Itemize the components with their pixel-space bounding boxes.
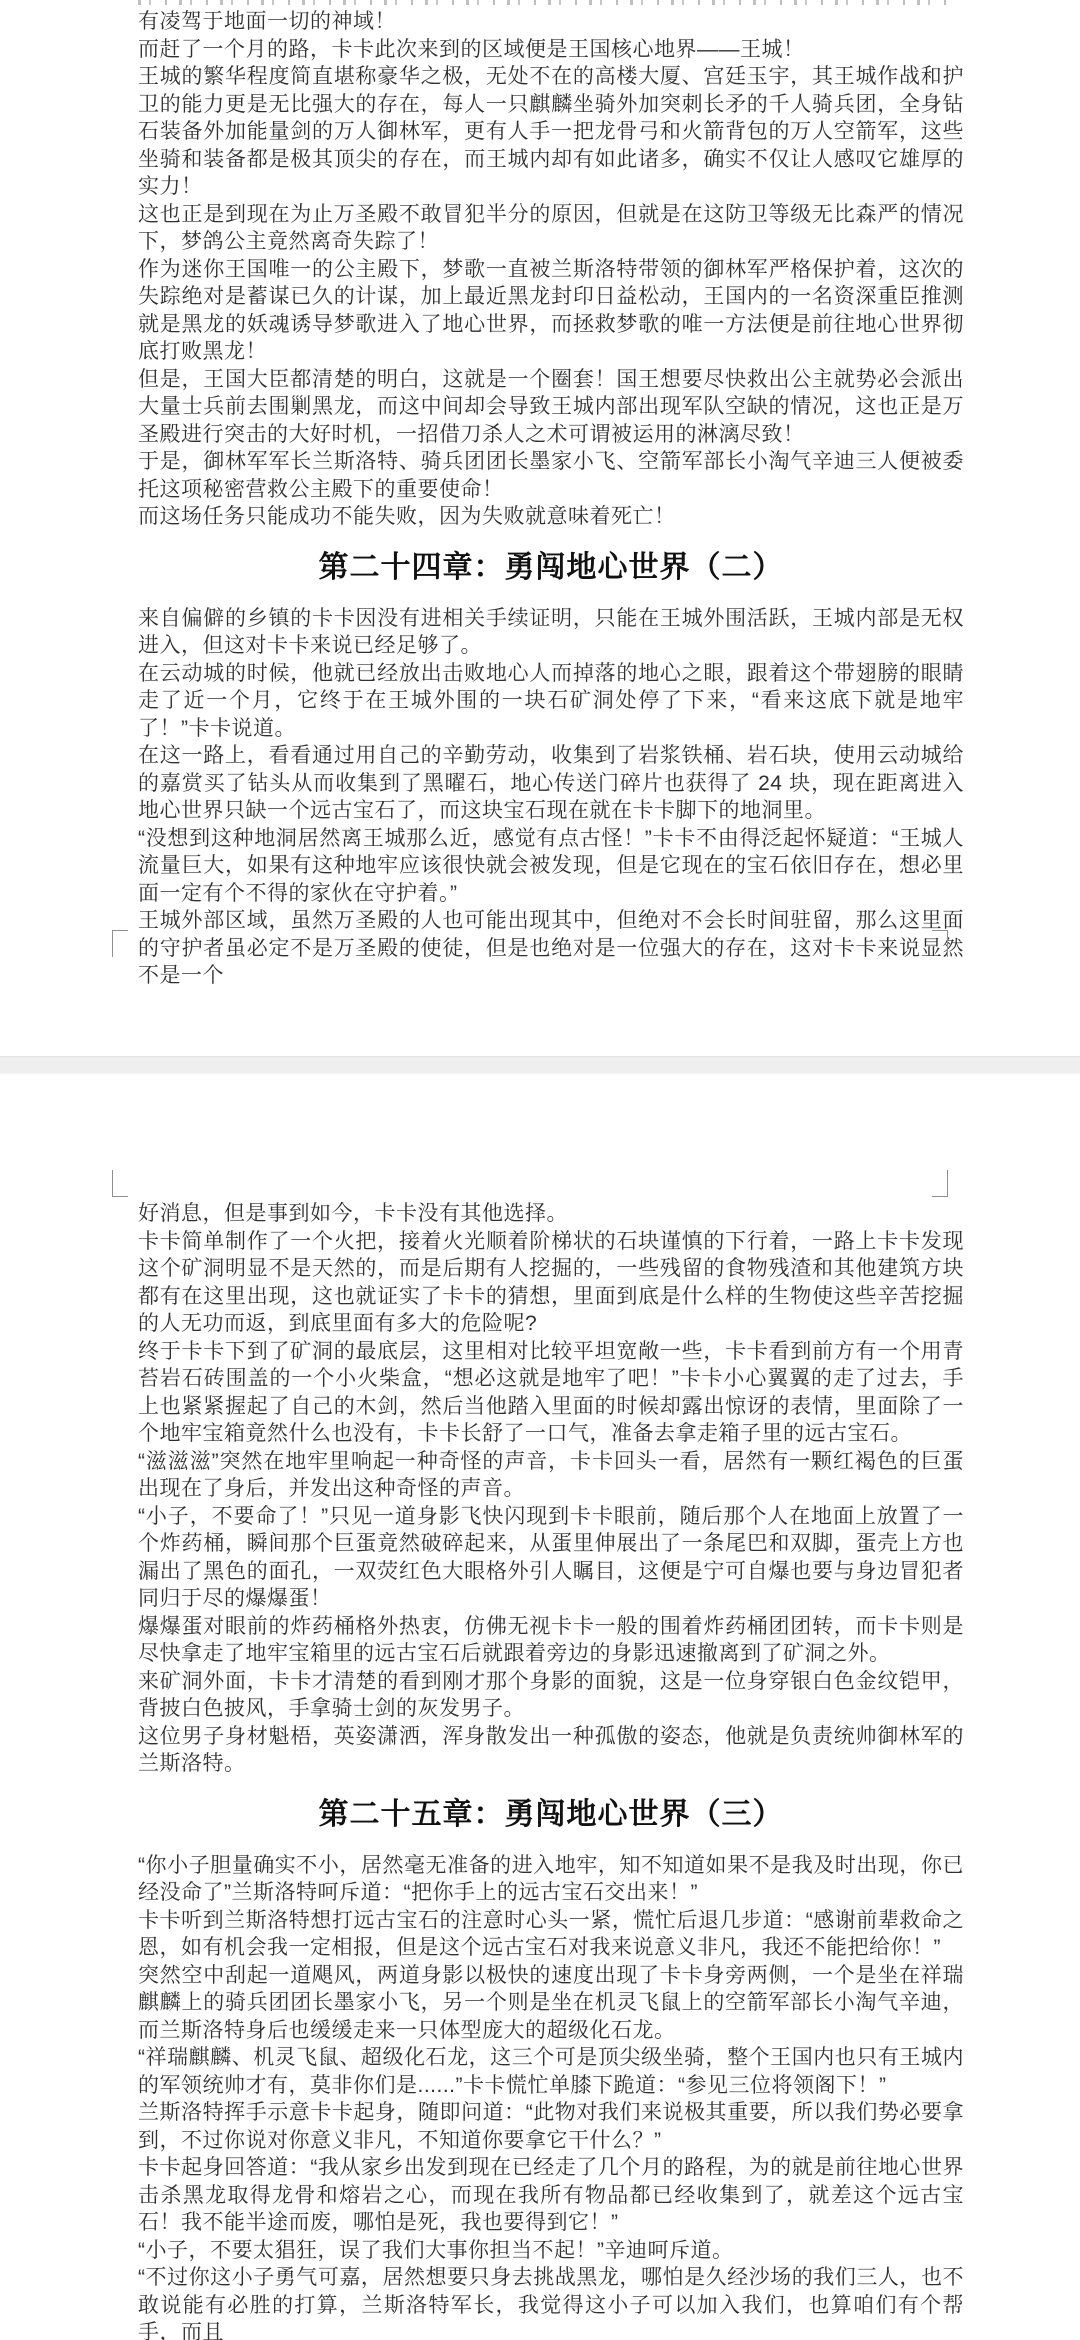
document-page-2[interactable]: 好消息，但是事到如今，卡卡没有其他选择。卡卡简单制作了一个火把，接着火光顺着阶梯… [0, 1074, 1080, 2340]
paragraph: 作为迷你王国唯一的公主殿下，梦歌一直被兰斯洛特带领的御林军严格保护着，这次的失踪… [138, 256, 964, 366]
page-margin-mark-bottom-right [932, 930, 948, 957]
paragraph: 但是，王国大臣都清楚的明白，这就是一个圈套！国王想要尽快救出公主就势必会派出大量… [138, 366, 964, 449]
paragraph: 来矿洞外面，卡卡才清楚的看到刚才那个身影的面貌，这是一位身穿银白色金纹铠甲，背披… [138, 1668, 964, 1723]
page-margin-mark-top-right [932, 1170, 948, 1197]
paragraph: 终于卡卡下到了矿洞的最底层，这里相对比较平坦宽敞一些，卡卡看到前方有一个用青苔岩… [138, 1338, 964, 1448]
paragraph: 有凌驾于地面一切的神域！ [138, 8, 964, 36]
paragraph: 卡卡简单制作了一个火把，接着火光顺着阶梯状的石块谨慎的下行着，一路上卡卡发现这个… [138, 1228, 964, 1338]
clipped-text-line [138, 0, 958, 5]
page-2-text: 好消息，但是事到如今，卡卡没有其他选择。卡卡简单制作了一个火把，接着火光顺着阶梯… [138, 1200, 964, 2340]
paragraph: 来自偏僻的乡镇的卡卡因没有进相关手续证明，只能在王城外围活跃，王城内部是无权进入… [138, 605, 964, 660]
paragraph: “滋滋滋”突然在地牢里响起一种奇怪的声音，卡卡回头一看，居然有一颗红褐色的巨蛋出… [138, 1448, 964, 1503]
paragraph: “没想到这种地洞居然离王城那么近，感觉有点古怪！”卡卡不由得泛起怀疑道：“王城人… [138, 825, 964, 908]
paragraph: “不过你这小子勇气可嘉，居然想要只身去挑战黑龙，哪怕是久经沙场的我们三人，也不敢… [138, 2264, 964, 2340]
paragraph: “祥瑞麒麟、机灵飞鼠、超级化石龙，这三个可是顶尖级坐骑，整个王国内也只有王城内的… [138, 2044, 964, 2099]
paragraph: 兰斯洛特挥手示意卡卡起身，随即问道：“此物对我们来说极其重要，所以我们势必要拿到… [138, 2099, 964, 2154]
paragraph: 这也正是到现在为止万圣殿不敢冒犯半分的原因，但就是在这防卫等级无比森严的情况下，… [138, 201, 964, 256]
page-margin-mark-top-left [112, 1170, 128, 1197]
paragraph: 而赶了一个月的路，卡卡此次来到的区域便是王国核心地界——王城！ [138, 36, 964, 64]
paragraph: 卡卡听到兰斯洛特想打远古宝石的注意时心头一紧，慌忙后退几步道：“感谢前辈救命之恩… [138, 1907, 964, 1962]
chapter-heading: 第二十五章：勇闯地心世界（三） [138, 1793, 964, 1837]
paragraph: 在云动城的时候，他就已经放出击败地心人而掉落的地心之眼，跟着这个带翅膀的眼睛走了… [138, 660, 964, 743]
page-margin-mark-bottom-left [112, 930, 128, 957]
paragraph: 于是，御林军军长兰斯洛特、骑兵团团长墨家小飞、空箭军部长小淘气辛迪三人便被委托这… [138, 448, 964, 503]
page-1-text: 有凌驾于地面一切的神域！而赶了一个月的路，卡卡此次来到的区域便是王国核心地界——… [138, 8, 964, 990]
paragraph: 王城的繁华程度简直堪称豪华之极，无处不在的高楼大厦、宫廷玉宇，其王城作战和护卫的… [138, 63, 964, 201]
document-page-1[interactable]: 有凌驾于地面一切的神域！而赶了一个月的路，卡卡此次来到的区域便是王国核心地界——… [0, 0, 1080, 1056]
paragraph: 突然空中刮起一道飓风，两道身影以极快的速度出现了卡卡身旁两侧，一个是坐在祥瑞麒麟… [138, 1962, 964, 2045]
paragraph: 这位男子身材魁梧，英姿潇洒，浑身散发出一种孤傲的姿态，他就是负责统帅御林军的兰斯… [138, 1723, 964, 1778]
paragraph: 在这一路上，看看通过用自己的辛勤劳动，收集到了岩浆铁桶、岩石块，使用云动城给的嘉… [138, 742, 964, 825]
page-gap-divider [0, 1056, 1080, 1074]
document-viewer[interactable]: 有凌驾于地面一切的神域！而赶了一个月的路，卡卡此次来到的区域便是王国核心地界——… [0, 0, 1080, 2340]
paragraph: 卡卡起身回答道：“我从家乡出发到现在已经走了几个月的路程，为的就是前往地心世界击… [138, 2154, 964, 2237]
paragraph: 好消息，但是事到如今，卡卡没有其他选择。 [138, 1200, 964, 1228]
chapter-heading: 第二十四章：勇闯地心世界（二） [138, 546, 964, 590]
paragraph: 王城外部区域，虽然万圣殿的人也可能出现其中，但绝对不会长时间驻留，那么这里面的守… [138, 907, 964, 990]
paragraph: 爆爆蛋对眼前的炸药桶格外热衷，仿佛无视卡卡一般的围着炸药桶团团转，而卡卡则是尽快… [138, 1613, 964, 1668]
paragraph: “小子，不要太猖狂，误了我们大事你担当不起！”辛迪呵斥道。 [138, 2237, 964, 2265]
paragraph: 而这场任务只能成功不能失败，因为失败就意味着死亡！ [138, 503, 964, 531]
paragraph: “小子，不要命了！”只见一道身影飞快闪现到卡卡眼前，随后那个人在地面上放置了一个… [138, 1503, 964, 1613]
paragraph: “你小子胆量确实不小，居然毫无准备的进入地牢，知不知道如果不是我及时出现，你已经… [138, 1852, 964, 1907]
